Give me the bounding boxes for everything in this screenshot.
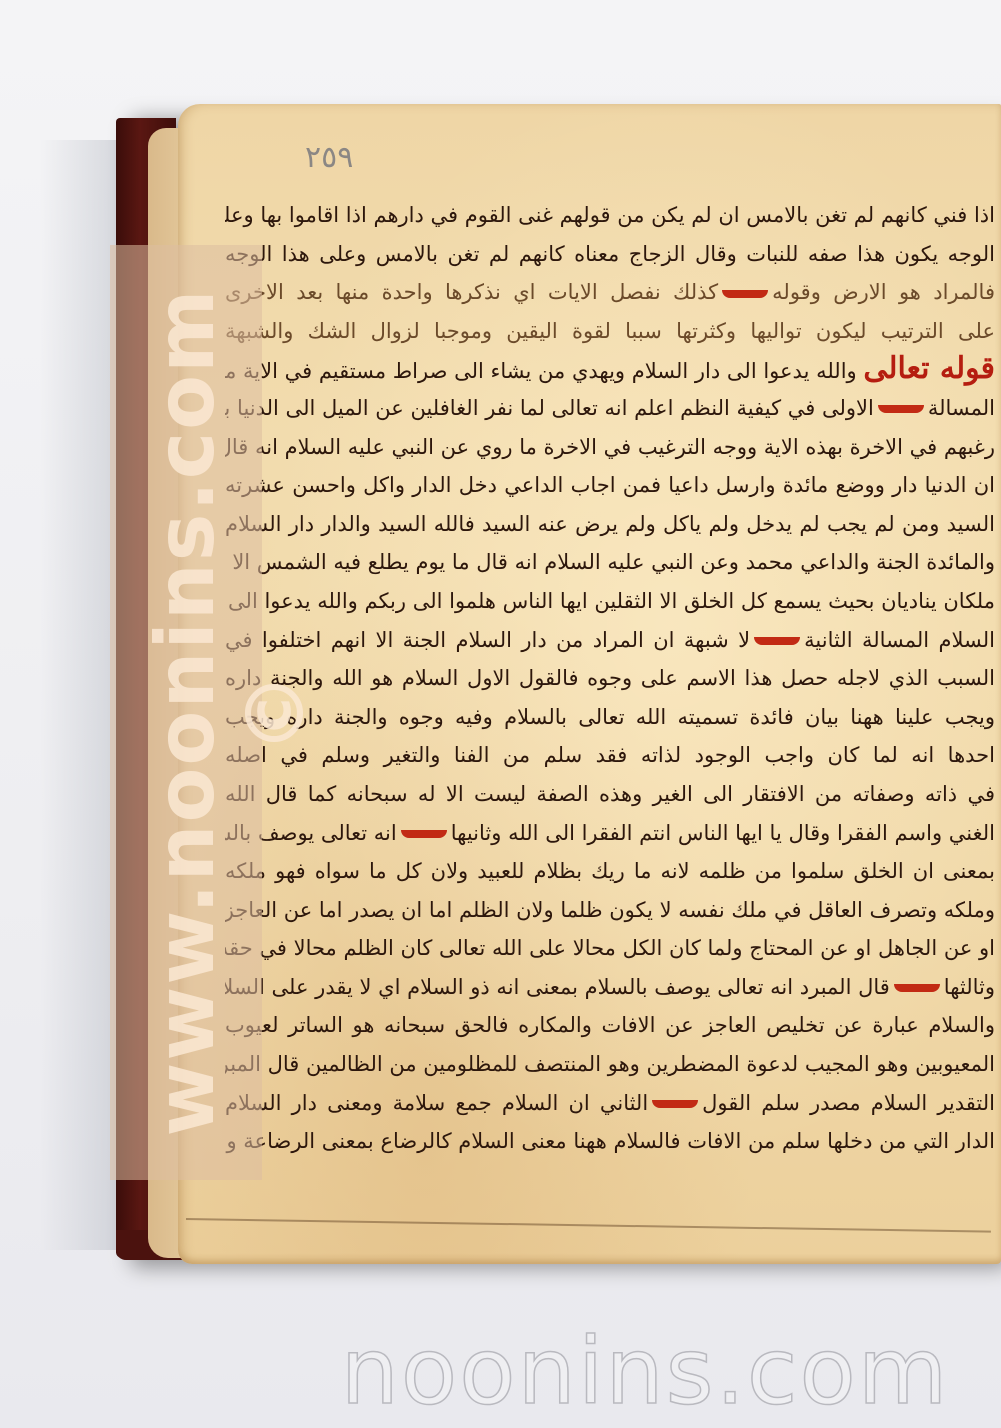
vertical-watermark: www.noonins.com ©	[141, 242, 231, 1182]
text-line: او عن الجاهل او عن المحتاج ولما كان الكل…	[225, 929, 995, 968]
line-text: السلام المسالة الثانية	[804, 628, 995, 652]
text-line: وملكه وتصرف العاقل في ملك نفسه لا يكون ظ…	[225, 891, 995, 930]
line-text: لا شبهة ان المراد من دار السلام الجنة ال…	[225, 628, 750, 652]
text-line: ملكان يناديان بحيث يسمع كل الخلق الا الث…	[225, 582, 995, 621]
line-text: الوجه يكون هذا صفه للنبات وقال الزجاج مع…	[225, 242, 995, 266]
text-line: وثالثهاقال المبرد انه تعالى يوصف بالسلام…	[225, 968, 995, 1007]
line-text: السبب الذي لاجله حصل هذا الاسم على وجوه …	[225, 666, 995, 690]
line-text: والله يدعوا الى دار السلام ويهدي من يشاء…	[225, 359, 857, 383]
text-line: اذا فني كانهم لم تغن بالامس ان لم يكن من…	[225, 196, 995, 235]
line-text: ان الدنيا دار ووضع مائدة وارسل داعيا فمن…	[225, 473, 995, 497]
text-line: الدار التي من دخلها سلم من الافات فالسلا…	[225, 1122, 995, 1161]
text-line: بمعنى ان الخلق سلموا من ظلمه لانه ما ريك…	[225, 852, 995, 891]
line-text: ملكان يناديان بحيث يسمع كل الخلق الا الث…	[225, 589, 995, 613]
line-text: كذلك نفصل الايات اي نذكرها واحدة منها بع…	[225, 280, 718, 304]
red-overline-mark	[401, 830, 447, 838]
text-line: السلام المسالة الثانيةلا شبهة ان المراد …	[225, 621, 995, 660]
line-text: التقدير السلام مصدر سلم القول	[702, 1091, 995, 1115]
folio-number: ٢٥٩	[305, 140, 353, 175]
text-line: ان الدنيا دار ووضع مائدة وارسل داعيا فمن…	[225, 466, 995, 505]
text-line: والسلام عبارة عن تخليص العاجز عن الافات …	[225, 1006, 995, 1045]
line-text: قال المبرد انه تعالى يوصف بالسلام بمعنى …	[225, 975, 890, 999]
red-overline-mark	[722, 290, 768, 298]
text-line: والمائدة الجنة والداعي محمد وعن النبي عل…	[225, 543, 995, 582]
text-line: السيد ومن لم يجب لم يدخل ولم ياكل ولم ير…	[225, 505, 995, 544]
line-text: احدها انه لما كان واجب الوجود لذاته فقد …	[225, 743, 995, 767]
text-line: التقدير السلام مصدر سلم القولالثاني ان ا…	[225, 1084, 995, 1123]
text-line: ويجب علينا ههنا بيان فائدة تسميته الله ت…	[225, 698, 995, 737]
red-overline-mark	[894, 984, 940, 992]
line-text: وملكه وتصرف العاقل في ملك نفسه لا يكون ظ…	[225, 898, 995, 922]
text-line: فالمراد هو الارض وقولهكذلك نفصل الايات ا…	[225, 273, 995, 312]
manuscript-text-block: اذا فني كانهم لم تغن بالامس ان لم يكن من…	[225, 196, 995, 1161]
line-text: فالمراد هو الارض وقوله	[772, 280, 995, 304]
red-overline-mark	[652, 1100, 698, 1108]
bottom-watermark: noonins.com	[330, 1322, 960, 1422]
rubric-heading: قوله تعالى	[863, 351, 995, 386]
text-line: السبب الذي لاجله حصل هذا الاسم على وجوه …	[225, 659, 995, 698]
red-overline-mark	[754, 637, 800, 645]
line-text: الدار التي من دخلها سلم من الافات فالسلا…	[225, 1129, 995, 1153]
text-line: المعيوبين وهو المجيب لدعوة المضطرين وهو …	[225, 1045, 995, 1084]
line-text: والسلام عبارة عن تخليص العاجز عن الافات …	[225, 1013, 995, 1037]
line-text: السيد ومن لم يجب لم يدخل ولم ياكل ولم ير…	[225, 512, 995, 536]
red-overline-mark	[878, 405, 924, 413]
text-line: المسالةالاولى في كيفية النظم اعلم انه تع…	[225, 389, 995, 428]
line-text: ويجب علينا ههنا بيان فائدة تسميته الله ت…	[225, 705, 995, 729]
line-text: المسالة	[928, 396, 995, 420]
text-line: الغني واسم الفقرا وقال يا ايها الناس انت…	[225, 814, 995, 853]
line-text: وثالثها	[944, 975, 995, 999]
line-text: في ذاته وصفاته من الافتقار الى الغير وهذ…	[225, 782, 995, 806]
line-text: الاولى في كيفية النظم اعلم انه تعالى لما…	[225, 396, 874, 420]
text-line: على الترتيب ليكون تواليها وكثرتها سببا ل…	[225, 312, 995, 351]
text-line: رغبهم في الاخرة بهذه الاية ووجه الترغيب …	[225, 428, 995, 467]
line-text: اذا فني كانهم لم تغن بالامس ان لم يكن من…	[225, 203, 995, 227]
line-text: على الترتيب ليكون تواليها وكثرتها سببا ل…	[225, 319, 995, 343]
text-line: في ذاته وصفاته من الافتقار الى الغير وهذ…	[225, 775, 995, 814]
line-text: او عن الجاهل او عن المحتاج ولما كان الكل…	[225, 936, 995, 960]
line-text: والمائدة الجنة والداعي محمد وعن النبي عل…	[225, 550, 995, 574]
text-line: الوجه يكون هذا صفه للنبات وقال الزجاج مع…	[225, 235, 995, 274]
line-text: بمعنى ان الخلق سلموا من ظلمه لانه ما ريك…	[225, 859, 995, 883]
line-text: المعيوبين وهو المجيب لدعوة المضطرين وهو …	[225, 1052, 995, 1076]
line-text: الثاني ان السلام جمع سلامة ومعنى دار الس…	[225, 1091, 648, 1115]
line-text: الغني واسم الفقرا وقال يا ايها الناس انت…	[451, 821, 995, 845]
text-line: قوله تعالى والله يدعوا الى دار السلام وي…	[225, 350, 995, 389]
line-text: رغبهم في الاخرة بهذه الاية ووجه الترغيب …	[225, 435, 995, 459]
text-line: احدها انه لما كان واجب الوجود لذاته فقد …	[225, 736, 995, 775]
